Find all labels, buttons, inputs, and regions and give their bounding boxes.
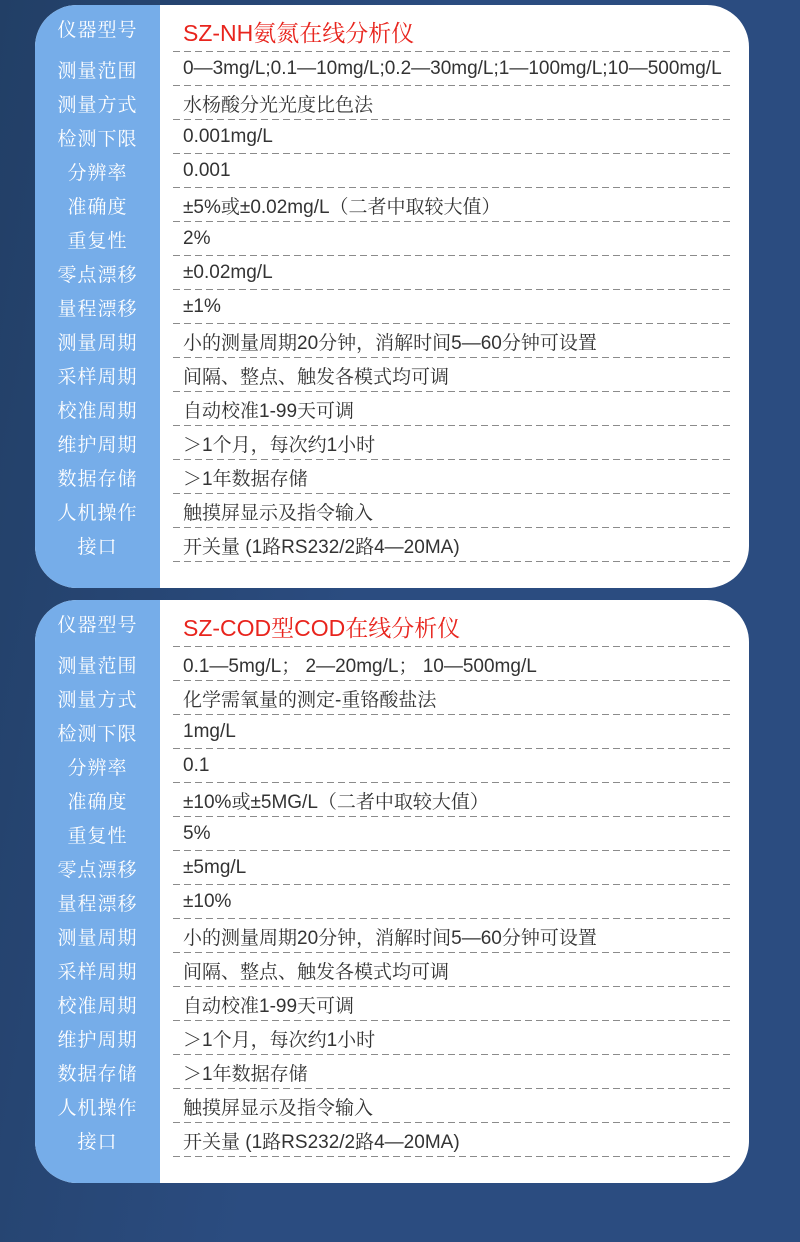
spec-row: 重复性 2% — [35, 222, 749, 256]
spec-value: ＞1个月，每次约1小时 — [173, 1021, 732, 1055]
spec-value: ±10%或±5MG/L（二者中取较大值） — [173, 783, 732, 817]
spec-label: 测量周期 — [35, 324, 160, 358]
spec-label: 检测下限 — [35, 120, 160, 154]
spec-label: 仪器型号 — [35, 600, 160, 647]
spec-value: ±10% — [173, 885, 732, 919]
spec-label: 重复性 — [35, 222, 160, 256]
spec-card-sz-cod: 仪器型号 SZ-COD型COD在线分析仪 测量范围 0.1—5mg/L； 2—2… — [35, 600, 749, 1183]
spec-row: 量程漂移 ±10% — [35, 885, 749, 919]
spec-value: 间隔、整点、触发各模式均可调 — [173, 358, 732, 392]
spec-label: 检测下限 — [35, 715, 160, 749]
spec-label: 维护周期 — [35, 426, 160, 460]
spec-label: 仪器型号 — [35, 5, 160, 52]
spec-row: 量程漂移 ±1% — [35, 290, 749, 324]
spec-label: 人机操作 — [35, 494, 160, 528]
spec-row: 检测下限 1mg/L — [35, 715, 749, 749]
spec-value: ±5mg/L — [173, 851, 732, 885]
spec-row: 采样周期 间隔、整点、触发各模式均可调 — [35, 953, 749, 987]
spec-row: 重复性 5% — [35, 817, 749, 851]
spec-row: 零点漂移 ±0.02mg/L — [35, 256, 749, 290]
spec-value: ±5%或±0.02mg/L（二者中取较大值） — [173, 188, 732, 222]
spec-value: ±0.02mg/L — [173, 256, 732, 290]
spec-value: 5% — [173, 817, 732, 851]
spec-row: 测量范围 0.1—5mg/L； 2—20mg/L； 10—500mg/L — [35, 647, 749, 681]
spec-label: 数据存储 — [35, 1055, 160, 1089]
spec-label: 数据存储 — [35, 460, 160, 494]
spec-label: 校准周期 — [35, 392, 160, 426]
spec-label: 采样周期 — [35, 358, 160, 392]
spec-value: 0.001 — [173, 154, 732, 188]
spec-value: 触摸屏显示及指令输入 — [173, 1089, 732, 1123]
spec-row: 校准周期 自动校准1-99天可调 — [35, 987, 749, 1021]
spec-label: 分辨率 — [35, 749, 160, 783]
spec-label: 采样周期 — [35, 953, 160, 987]
spec-row: 接口 开关量 (1路RS232/2路4—20MA) — [35, 528, 749, 562]
spec-row: 数据存储 ＞1年数据存储 — [35, 1055, 749, 1089]
spec-label: 零点漂移 — [35, 256, 160, 290]
spec-row: 测量方式 化学需氧量的测定-重铬酸盐法 — [35, 681, 749, 715]
spec-value: ＞1年数据存储 — [173, 1055, 732, 1089]
spec-label: 测量方式 — [35, 86, 160, 120]
spec-label: 量程漂移 — [35, 290, 160, 324]
spec-row: 采样周期 间隔、整点、触发各模式均可调 — [35, 358, 749, 392]
card-title: SZ-COD型COD在线分析仪 — [173, 600, 732, 647]
spec-label: 接口 — [35, 528, 160, 562]
spec-rows: 仪器型号 SZ-NH氨氮在线分析仪 测量范围 0—3mg/L;0.1—10mg/… — [35, 5, 749, 562]
spec-row: 校准周期 自动校准1-99天可调 — [35, 392, 749, 426]
spec-row: 接口 开关量 (1路RS232/2路4—20MA) — [35, 1123, 749, 1157]
spec-label: 分辨率 — [35, 154, 160, 188]
spec-value: 水杨酸分光光度比色法 — [173, 86, 732, 120]
spec-row: 维护周期 ＞1个月，每次约1小时 — [35, 426, 749, 460]
spec-label: 人机操作 — [35, 1089, 160, 1123]
spec-value: 1mg/L — [173, 715, 732, 749]
spec-value: 0.001mg/L — [173, 120, 732, 154]
spec-row: 人机操作 触摸屏显示及指令输入 — [35, 1089, 749, 1123]
spec-row: 数据存储 ＞1年数据存储 — [35, 460, 749, 494]
spec-value: 化学需氧量的测定-重铬酸盐法 — [173, 681, 732, 715]
spec-value: 0.1 — [173, 749, 732, 783]
spec-card-sz-nh: 仪器型号 SZ-NH氨氮在线分析仪 测量范围 0—3mg/L;0.1—10mg/… — [35, 5, 749, 588]
spec-value: ＞1年数据存储 — [173, 460, 732, 494]
spec-label: 维护周期 — [35, 1021, 160, 1055]
spec-row: 零点漂移 ±5mg/L — [35, 851, 749, 885]
spec-row: 测量周期 小的测量周期20分钟，消解时间5—60分钟可设置 — [35, 919, 749, 953]
spec-row: 测量方式 水杨酸分光光度比色法 — [35, 86, 749, 120]
spec-label: 测量方式 — [35, 681, 160, 715]
spec-value: 自动校准1-99天可调 — [173, 987, 732, 1021]
spec-row: 测量范围 0—3mg/L;0.1—10mg/L;0.2—30mg/L;1—100… — [35, 52, 749, 86]
spec-cards-container: 仪器型号 SZ-NH氨氮在线分析仪 测量范围 0—3mg/L;0.1—10mg/… — [0, 5, 800, 1183]
page-background: 仪器型号 SZ-NH氨氮在线分析仪 测量范围 0—3mg/L;0.1—10mg/… — [0, 5, 800, 1242]
spec-value: 开关量 (1路RS232/2路4—20MA) — [173, 528, 732, 562]
spec-label: 校准周期 — [35, 987, 160, 1021]
spec-row: 仪器型号 SZ-NH氨氮在线分析仪 — [35, 5, 749, 52]
spec-value: 间隔、整点、触发各模式均可调 — [173, 953, 732, 987]
spec-value: 触摸屏显示及指令输入 — [173, 494, 732, 528]
spec-value: 小的测量周期20分钟，消解时间5—60分钟可设置 — [173, 919, 732, 953]
spec-value: 小的测量周期20分钟，消解时间5—60分钟可设置 — [173, 324, 732, 358]
spec-label: 准确度 — [35, 783, 160, 817]
spec-row: 仪器型号 SZ-COD型COD在线分析仪 — [35, 600, 749, 647]
spec-label: 测量范围 — [35, 52, 160, 86]
spec-row: 分辨率 0.1 — [35, 749, 749, 783]
spec-label: 准确度 — [35, 188, 160, 222]
card-title: SZ-NH氨氮在线分析仪 — [173, 5, 732, 52]
spec-value: 自动校准1-99天可调 — [173, 392, 732, 426]
spec-label: 测量周期 — [35, 919, 160, 953]
spec-value: 0—3mg/L;0.1—10mg/L;0.2—30mg/L;1—100mg/L;… — [173, 52, 732, 86]
spec-value: 0.1—5mg/L； 2—20mg/L； 10—500mg/L — [173, 647, 732, 681]
spec-row: 人机操作 触摸屏显示及指令输入 — [35, 494, 749, 528]
spec-value: ±1% — [173, 290, 732, 324]
spec-rows: 仪器型号 SZ-COD型COD在线分析仪 测量范围 0.1—5mg/L； 2—2… — [35, 600, 749, 1157]
spec-row: 维护周期 ＞1个月，每次约1小时 — [35, 1021, 749, 1055]
spec-row: 测量周期 小的测量周期20分钟，消解时间5—60分钟可设置 — [35, 324, 749, 358]
spec-row: 准确度 ±5%或±0.02mg/L（二者中取较大值） — [35, 188, 749, 222]
spec-value: 2% — [173, 222, 732, 256]
spec-row: 准确度 ±10%或±5MG/L（二者中取较大值） — [35, 783, 749, 817]
spec-value: ＞1个月，每次约1小时 — [173, 426, 732, 460]
spec-label: 重复性 — [35, 817, 160, 851]
spec-label: 零点漂移 — [35, 851, 160, 885]
spec-label: 量程漂移 — [35, 885, 160, 919]
spec-row: 分辨率 0.001 — [35, 154, 749, 188]
spec-row: 检测下限 0.001mg/L — [35, 120, 749, 154]
spec-value: 开关量 (1路RS232/2路4—20MA) — [173, 1123, 732, 1157]
spec-label: 接口 — [35, 1123, 160, 1157]
spec-label: 测量范围 — [35, 647, 160, 681]
